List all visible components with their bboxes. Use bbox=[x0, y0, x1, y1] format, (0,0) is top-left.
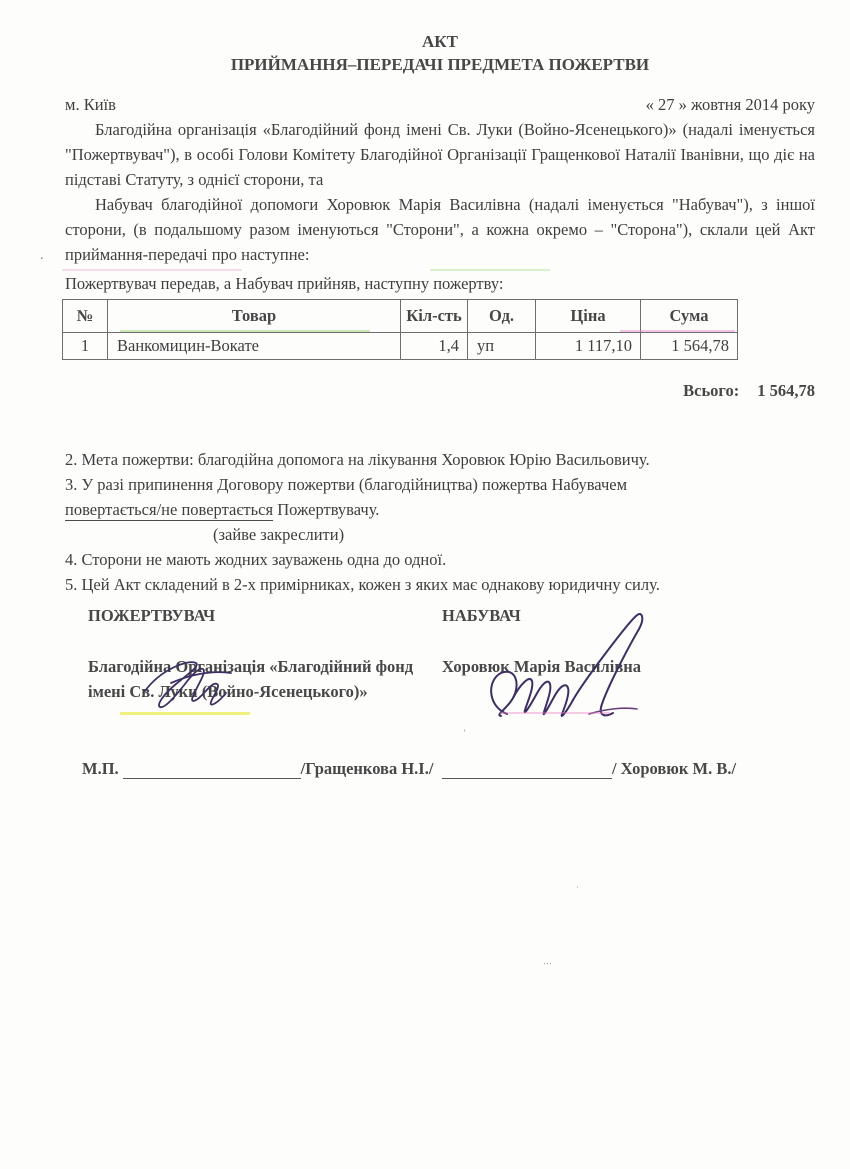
term-item-2: 2. Мета пожертви: благодійна допомога на… bbox=[65, 447, 815, 472]
donor-signature-line bbox=[123, 760, 301, 779]
col-header-quantity: Кіл-сть bbox=[401, 300, 468, 333]
date-label: « 27 » жовтня 2014 року bbox=[646, 92, 815, 117]
signature-headings-row: ПОЖЕРТВУВАЧ НАБУВАЧ bbox=[65, 606, 815, 626]
total-label: Всього: bbox=[683, 381, 739, 400]
col-header-price: Ціна bbox=[536, 300, 641, 333]
donor-organization-name: Благодійна Організація «Благодійний фонд… bbox=[65, 654, 418, 704]
col-header-number: № bbox=[63, 300, 108, 333]
terms-list: 2. Мета пожертви: благодійна допомога на… bbox=[65, 447, 815, 597]
donor-heading: ПОЖЕРТВУВАЧ bbox=[65, 606, 442, 626]
title-line-2: ПРИЙМАННЯ–ПЕРЕДАЧІ ПРЕДМЕТА ПОЖЕРТВИ bbox=[65, 53, 815, 76]
cell-unit: уп bbox=[468, 333, 536, 360]
returned-not-returned-choice: повертається/не повертається bbox=[65, 500, 273, 521]
scan-speck: ‛ bbox=[463, 728, 466, 738]
scan-speck: · bbox=[576, 882, 579, 892]
city-label: м. Київ bbox=[65, 92, 116, 117]
term-item-3-line1: 3. У разі припинення Договору пожертви (… bbox=[65, 472, 815, 497]
recipient-heading: НАБУВАЧ bbox=[442, 606, 815, 626]
col-header-unit: Од. bbox=[468, 300, 536, 333]
title-line-1: АКТ bbox=[65, 30, 815, 53]
recipient-signature-block: / Хоровюк М. В./ bbox=[442, 759, 815, 779]
document-title: АКТ ПРИЙМАННЯ–ПЕРЕДАЧІ ПРЕДМЕТА ПОЖЕРТВИ bbox=[65, 30, 815, 76]
cell-number: 1 bbox=[63, 333, 108, 360]
signature-parties-row: Благодійна Організація «Благодійний фонд… bbox=[65, 635, 815, 704]
cell-product: Ванкомицин-Вокате bbox=[108, 333, 401, 360]
intro-line: Пожертвувач передав, а Набувач прийняв, … bbox=[65, 271, 815, 296]
total-row: Всього:1 564,78 bbox=[65, 381, 815, 401]
total-value: 1 564,78 bbox=[757, 381, 815, 400]
strike-out-note: (зайве закреслити) bbox=[213, 522, 815, 547]
recipient-signatory-name: / Хоровюк М. В./ bbox=[612, 759, 736, 779]
table-row: 1 Ванкомицин-Вокате 1,4 уп 1 117,10 1 56… bbox=[63, 333, 738, 360]
table-header-row: № Товар Кіл-сть Од. Ціна Сума bbox=[63, 300, 738, 333]
seal-label: М.П. bbox=[82, 759, 119, 779]
scanned-document-page: . АКТ ПРИЙМАННЯ–ПЕРЕДАЧІ ПРЕДМЕТА ПОЖЕРТ… bbox=[0, 0, 850, 1169]
donor-signature-block: М.П./Гращенкова Н.І./ bbox=[65, 759, 442, 779]
donation-items-table: № Товар Кіл-сть Од. Ціна Сума 1 Ванкомиц… bbox=[62, 299, 738, 360]
document-content: АКТ ПРИЙМАННЯ–ПЕРЕДАЧІ ПРЕДМЕТА ПОЖЕРТВИ… bbox=[65, 30, 815, 779]
cell-sum: 1 564,78 bbox=[641, 333, 738, 360]
term-item-3-tail: Пожертвувачу. bbox=[273, 500, 379, 519]
paragraph-recipient: Набувач благодійної допомоги Хоровюк Мар… bbox=[65, 192, 815, 267]
recipient-person-name: Хоровюк Марія Василівна bbox=[442, 654, 772, 704]
term-item-5: 5. Цей Акт складений в 2-х примірниках, … bbox=[65, 572, 815, 597]
cell-quantity: 1,4 bbox=[401, 333, 468, 360]
donor-signatory-name: /Гращенкова Н.І./ bbox=[301, 759, 434, 779]
term-item-3-line2: повертається/не повертається Пожертвувач… bbox=[65, 497, 815, 522]
col-header-sum: Сума bbox=[641, 300, 738, 333]
signature-lines-row: М.П./Гращенкова Н.І./ / Хоровюк М. В./ bbox=[65, 759, 815, 779]
scan-speck: ⋯ bbox=[543, 958, 552, 969]
cell-price: 1 117,10 bbox=[536, 333, 641, 360]
scan-speck: . bbox=[40, 248, 44, 264]
col-header-product: Товар bbox=[108, 300, 401, 333]
paragraph-donor: Благодійна організація «Благодійний фонд… bbox=[65, 117, 815, 192]
term-item-4: 4. Сторони не мають жодних зауважень одн… bbox=[65, 547, 815, 572]
city-date-row: м. Київ « 27 » жовтня 2014 року bbox=[65, 92, 815, 117]
recipient-signature-line bbox=[442, 760, 612, 779]
